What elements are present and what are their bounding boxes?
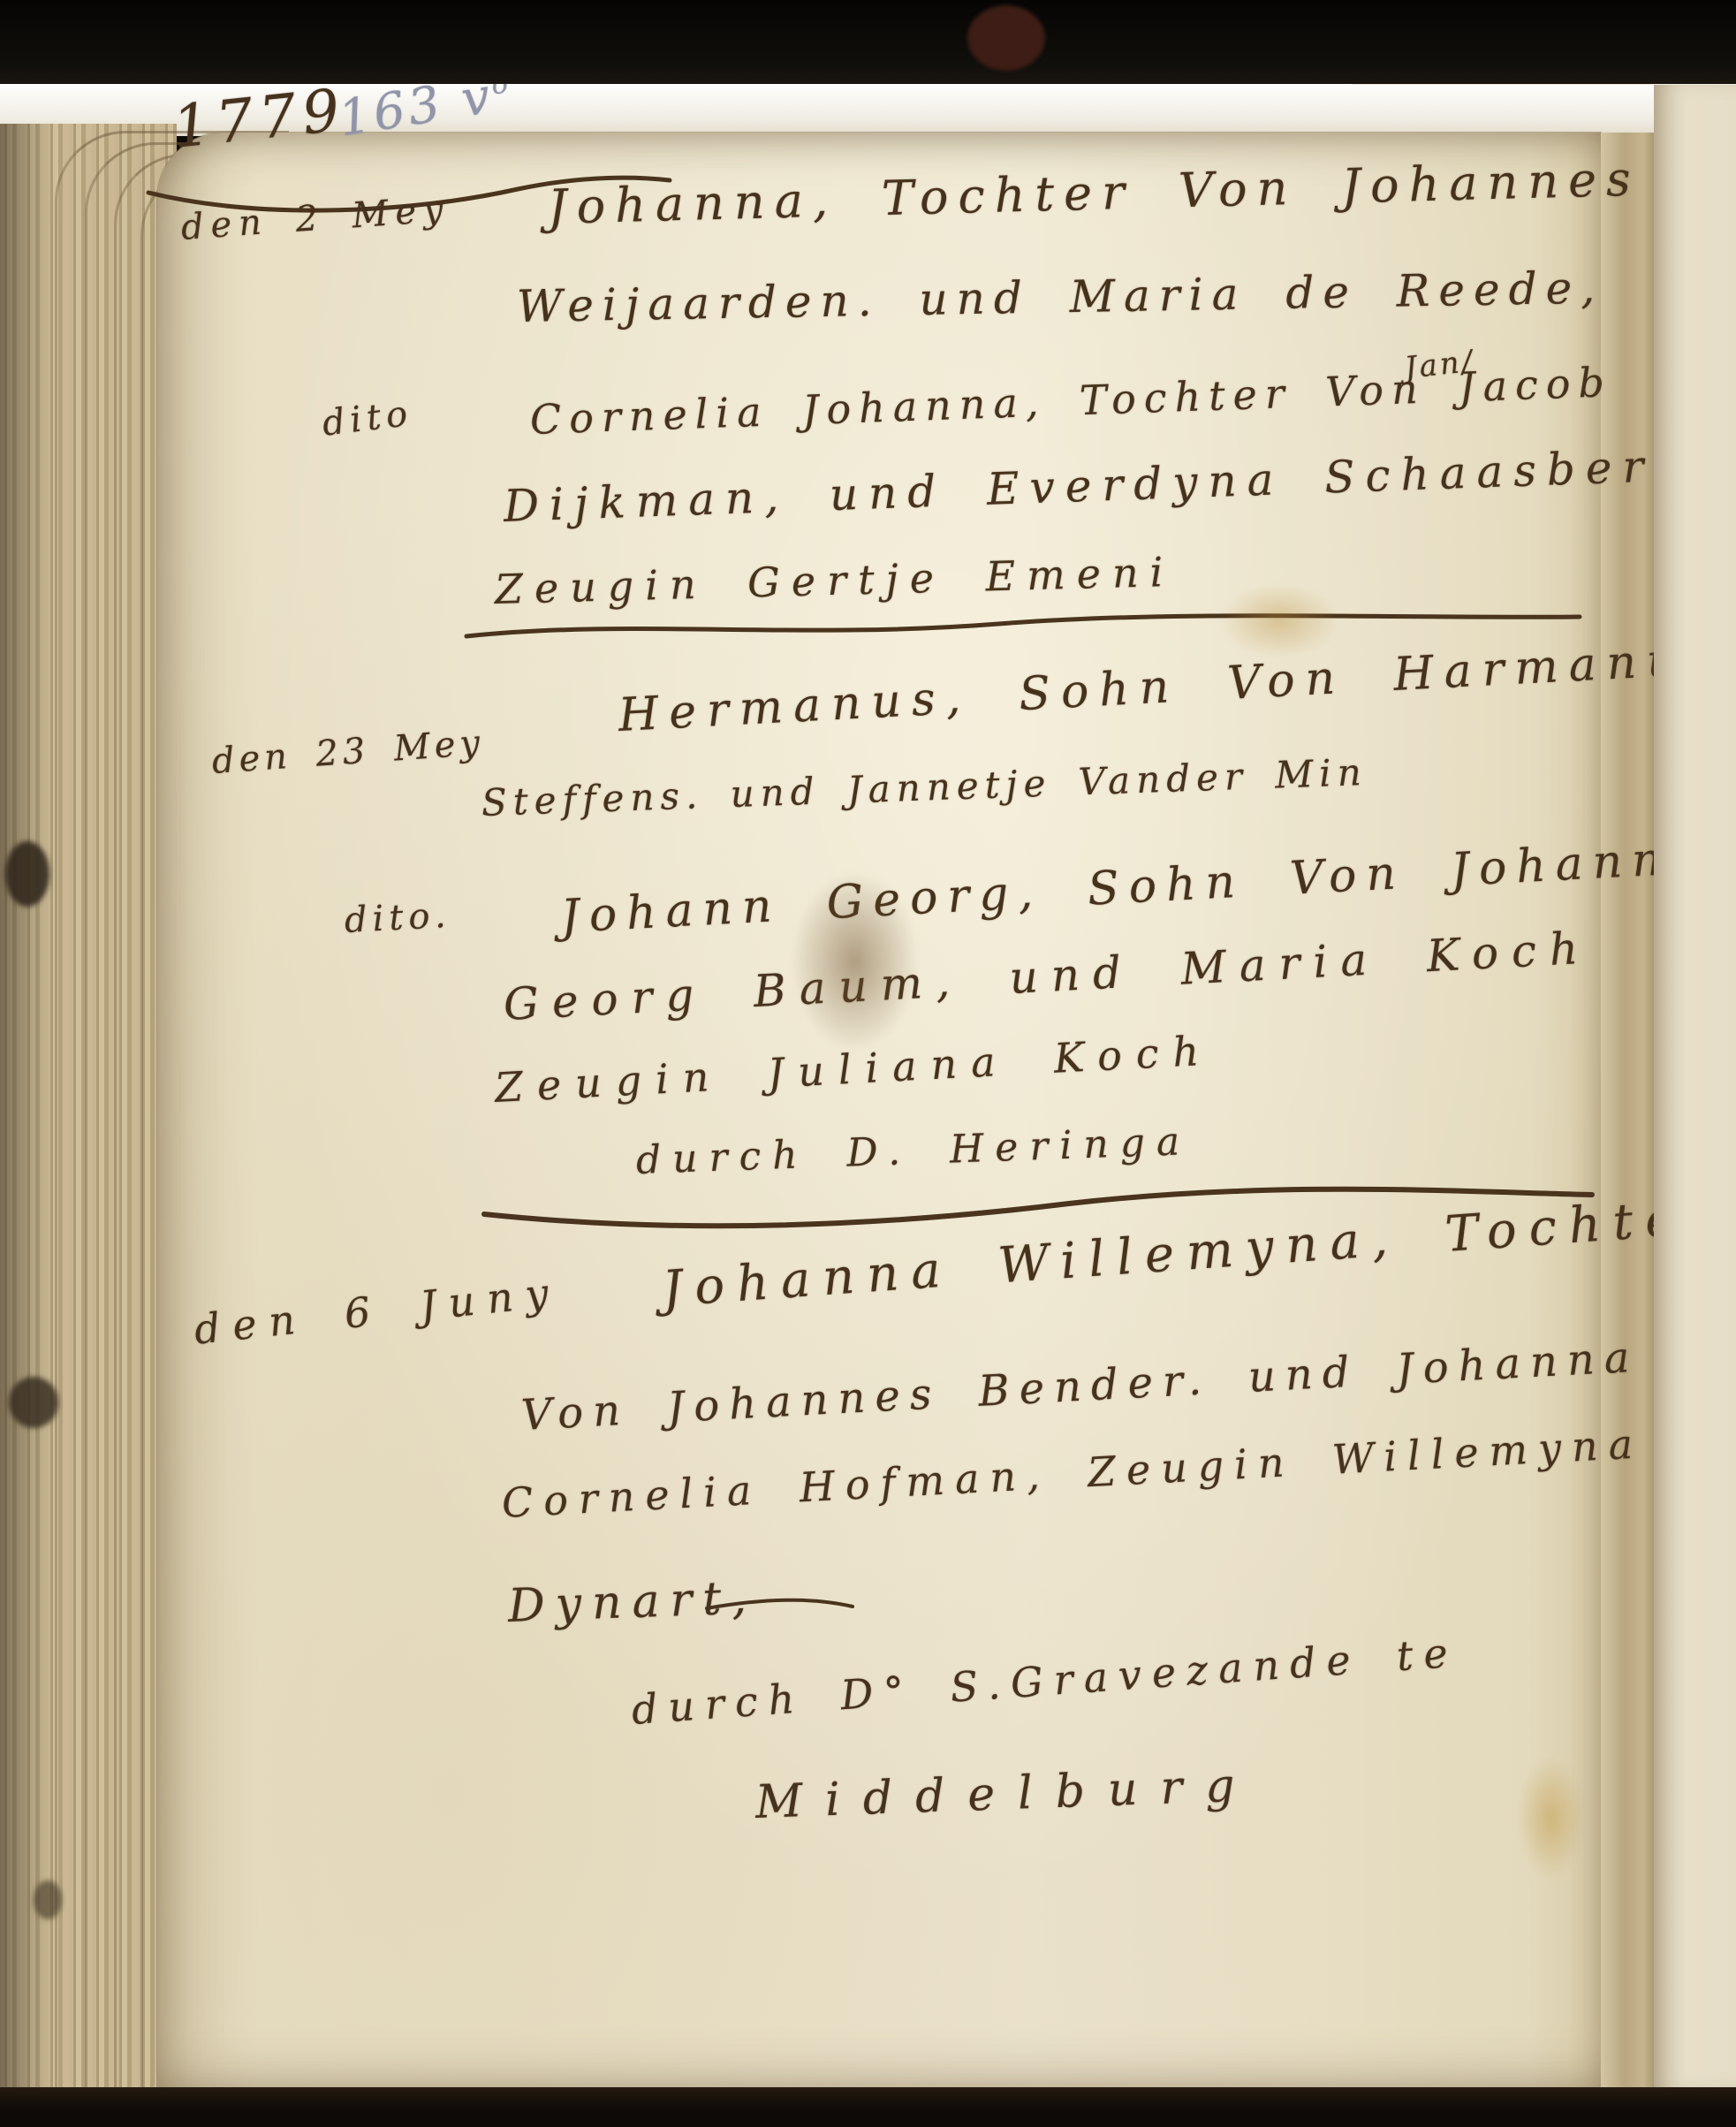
- entry-line: Cornelia Hofman, Zeugin Willemyna: [501, 1423, 1644, 1523]
- binding-blemish: [967, 5, 1045, 71]
- scan-border-top: [0, 0, 1736, 84]
- entry-line: Johann Georg, Sohn Von Johann: [560, 836, 1654, 940]
- entry-line: Cornelia Johanna, Tochter Von Jacob: [529, 361, 1612, 440]
- entry-line: Weijaarden. und Maria de Reede,: [517, 266, 1604, 329]
- entry-line: Hermanus, Sohn Von Harmanus: [618, 635, 1654, 739]
- officiant-line: durch D. Heringa: [635, 1122, 1192, 1181]
- entry-divider-rule-1: [466, 616, 1580, 636]
- entry-date: den 2 Mey: [180, 192, 451, 246]
- place-line: Middelburg: [754, 1762, 1258, 1826]
- ink-stain: [791, 870, 919, 1052]
- officiant-line: durch D° S.Gravezande te: [630, 1632, 1459, 1730]
- edge-blemish: [34, 1880, 62, 1919]
- year-heading: 1779: [171, 81, 349, 157]
- entry-date: dito: [321, 396, 415, 442]
- handwriting-layer: 1779 163 vo den 2 Mey Johanna, Tochter V…: [0, 0, 1654, 2127]
- paper-stain: [1219, 583, 1338, 658]
- entry-line: Johanna Willemyna, Tochter: [661, 1191, 1654, 1315]
- entry-date: den 6 Juny: [193, 1272, 563, 1350]
- entry-line: Georg Baum, und Maria Koch: [503, 926, 1593, 1027]
- scan-border-bottom: [0, 2087, 1736, 2127]
- entry-date: dito.: [344, 898, 452, 938]
- entry-line: Dijkman, und Everdyna Schaasberg: [503, 443, 1654, 528]
- entry-line: Dynart,: [507, 1575, 757, 1629]
- entry-date: den 23 Mey: [211, 725, 486, 779]
- edge-blemish: [5, 841, 49, 907]
- entry-line: Zeugin Gertje Emeni: [494, 551, 1174, 610]
- entry-line: Steffens. und Jannetje Vander Min: [481, 754, 1368, 822]
- entry-line: Von Johannes Bender. und Johanna: [520, 1336, 1641, 1437]
- paper-stain: [1518, 1759, 1584, 1878]
- edge-blemish: [9, 1377, 58, 1428]
- entry-line: Johanna, Tochter Von Johannes: [547, 156, 1641, 232]
- manuscript-scan: { "document": { "year": "1779", "folio_n…: [0, 0, 1736, 2127]
- facing-page-edge: [1654, 85, 1736, 2087]
